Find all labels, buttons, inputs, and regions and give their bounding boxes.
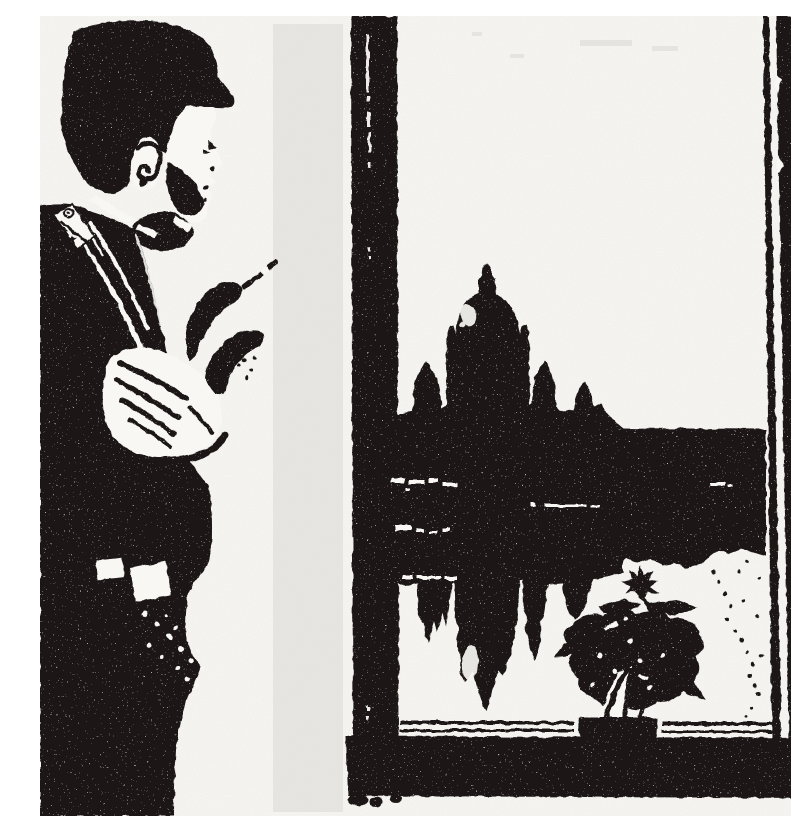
ear-lobe — [139, 179, 148, 188]
plant-pot — [578, 717, 658, 738]
lip-shadow — [203, 198, 207, 202]
illustration-canvas: Black-and-white ink print: a uniformed m… — [40, 16, 791, 816]
skyline-mass-left — [396, 403, 623, 586]
wall-below-sill — [346, 736, 791, 798]
sill-groove-lower-right — [662, 730, 780, 733]
sill-groove-upper-left — [400, 721, 574, 725]
skyline-mass-right — [618, 428, 766, 569]
margin-strip — [273, 24, 343, 812]
window-left-post — [351, 16, 399, 738]
cigarette-paper-band — [262, 268, 268, 273]
nostril-mark — [210, 167, 214, 171]
sill-groove-lower-left — [400, 729, 574, 732]
sill-groove-upper-right — [662, 722, 778, 726]
illustration: Black-and-white ink print: a uniformed m… — [40, 16, 791, 816]
